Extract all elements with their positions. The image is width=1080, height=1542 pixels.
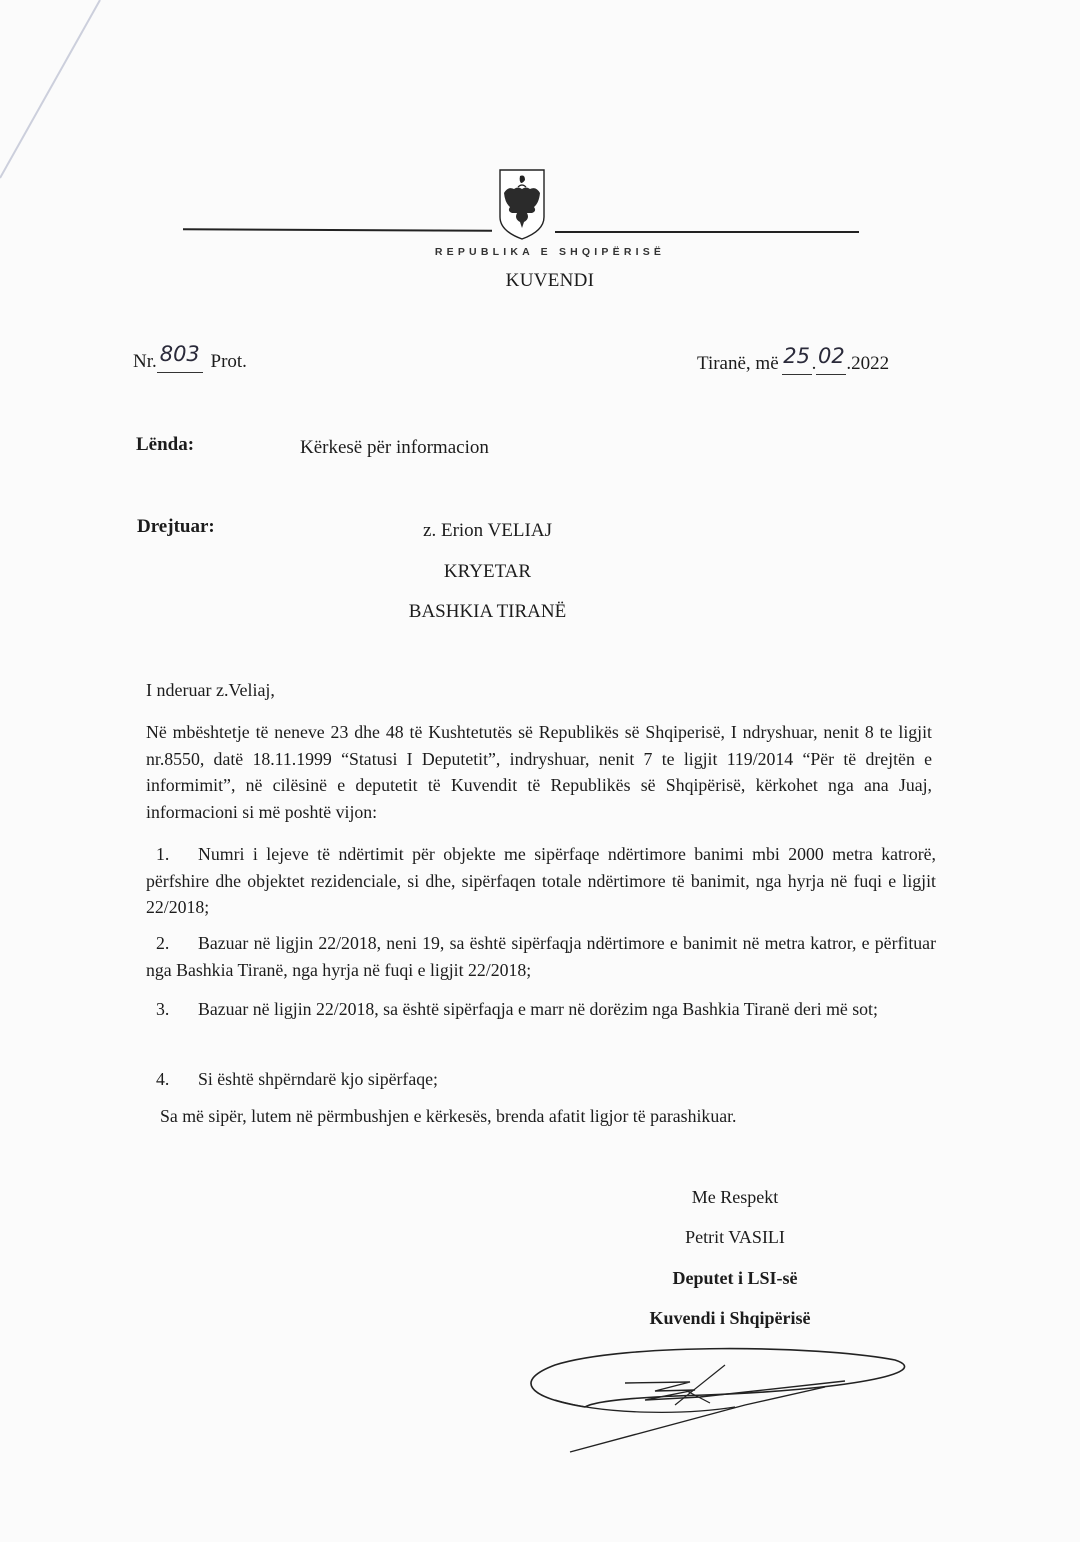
date-month: 02 <box>816 352 846 375</box>
closing-paragraph: Sa më sipër, lutem në përmbushjen e kërk… <box>160 1106 737 1127</box>
protocol-prefix: Nr. <box>133 351 157 372</box>
subject-label: Lënda: <box>136 434 194 456</box>
request-item: 2.Bazuar në ligjin 22/2018, neni 19, sa … <box>146 930 936 983</box>
salutation: I nderuar z.Veliaj, <box>146 680 275 701</box>
intro-paragraph: Në mbështetje të neneve 23 dhe 48 të Kus… <box>146 719 932 825</box>
date-day: 25 <box>782 352 812 375</box>
document-date: Tiranë, më25.02.2022 <box>697 352 889 375</box>
addressee-label: Drejtuar: <box>137 516 215 538</box>
signature-name: Petrit VASILI <box>600 1227 870 1248</box>
signature-regards: Me Respekt <box>600 1187 870 1208</box>
subject-value: Kërkesë për informacion <box>300 437 489 459</box>
date-place: Tiranë, më <box>697 353 779 374</box>
date-year: .2022 <box>846 353 889 374</box>
institution-heading: KUVENDI <box>0 270 1080 292</box>
signature-role: Deputet i LSI-së <box>600 1268 870 1289</box>
letterhead-rule-right <box>555 231 859 233</box>
request-item: 1.Numri i lejeve të ndërtimit për objekt… <box>146 841 936 921</box>
paper-fold-shadow <box>0 0 120 200</box>
addressee-name: z. Erion VELIAJ <box>300 520 675 542</box>
handwritten-signature-icon <box>515 1335 915 1465</box>
republic-heading: REPUBLIKA E SHQIPËRISË <box>0 246 1080 258</box>
protocol-number-value: 803 <box>157 350 203 373</box>
request-item: 4.Si është shpërndarë kjo sipërfaqe; <box>146 1066 936 1093</box>
protocol-suffix: Prot. <box>211 351 247 372</box>
request-item: 3.Bazuar në ligjin 22/2018, sa është sip… <box>146 996 936 1023</box>
protocol-number: Nr.803 Prot. <box>133 350 247 373</box>
addressee-title: KRYETAR <box>300 561 675 583</box>
addressee-organization: BASHKIA TIRANË <box>300 601 675 623</box>
letterhead-rule-left <box>183 228 492 231</box>
signature-institution: Kuvendi i Shqipërisë <box>595 1308 865 1329</box>
albanian-coat-of-arms-icon <box>497 167 547 241</box>
